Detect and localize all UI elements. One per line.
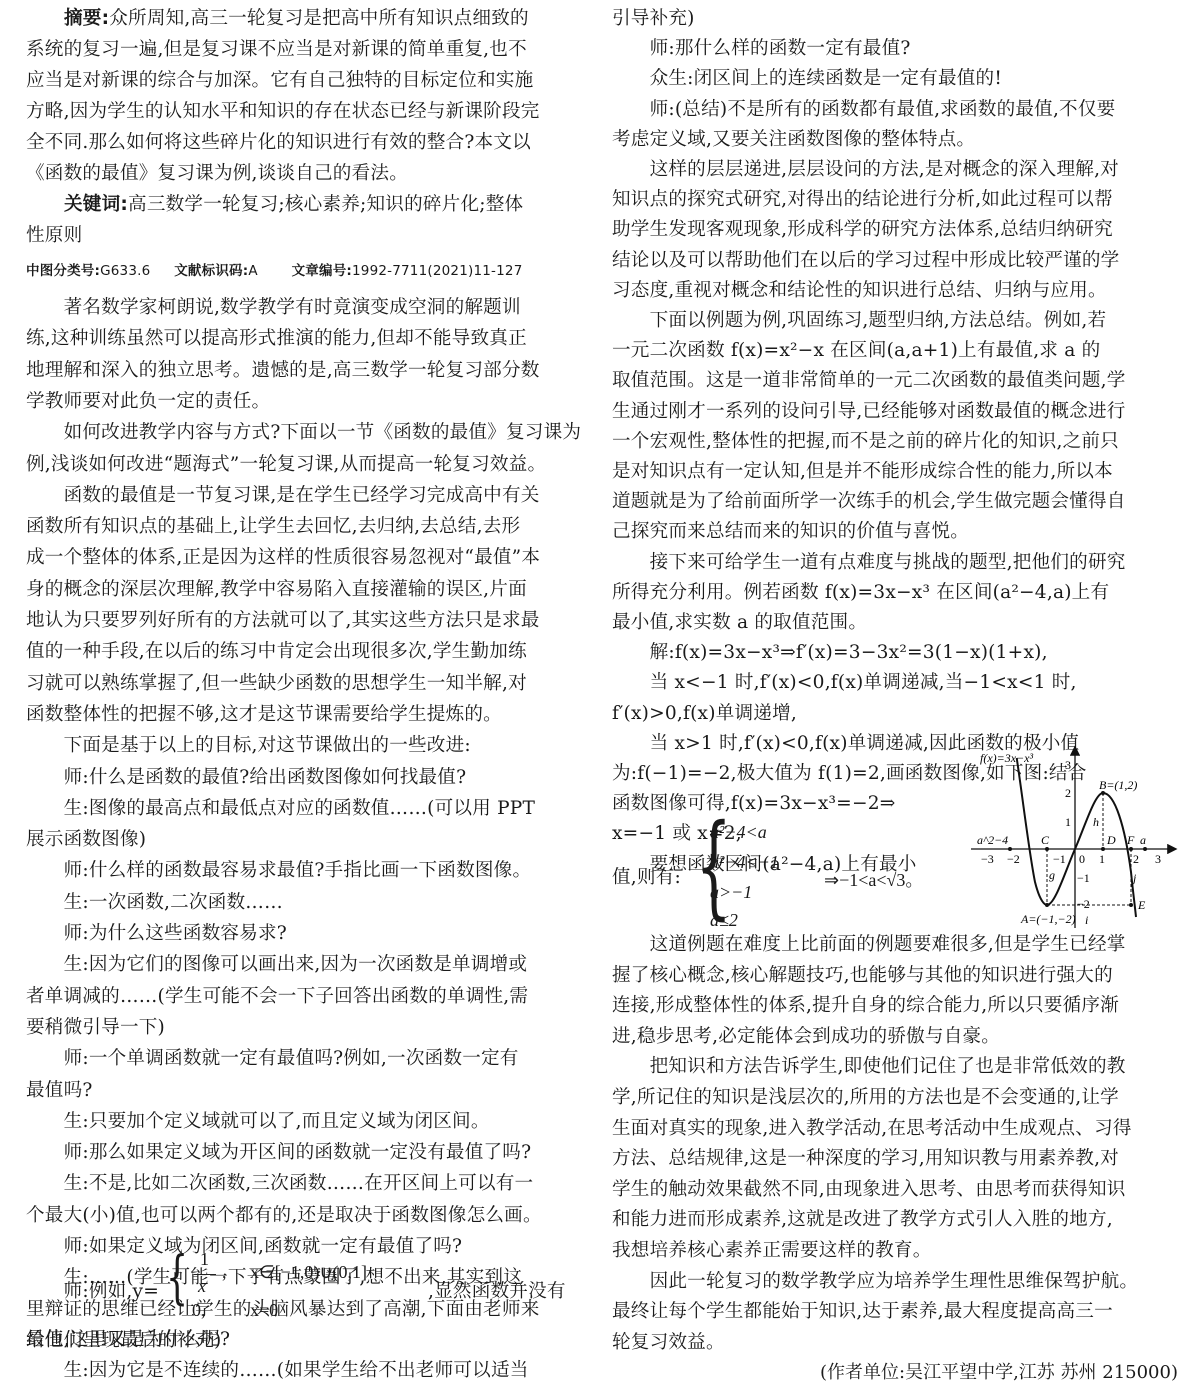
paragraph-line: 师:一个单调函数就一定有最值吗?例如,一次函数一定有 — [26, 1044, 519, 1074]
svg-text:E: E — [1137, 898, 1146, 912]
svg-text:−1: −1 — [1053, 852, 1066, 866]
paragraph-line: 生通过刚才一系列的设问引导,已经能够对函数最值的概念进行 — [612, 397, 1126, 427]
abstract-line: 系统的复习一遍,但是复习课不应当是对新课的简单重复,也不 — [26, 35, 527, 65]
abstract-line: 《函数的最值》复习课为例,谈谈自己的看法。 — [26, 159, 408, 189]
svg-text:3: 3 — [1065, 758, 1071, 772]
svg-text:1: 1 — [1099, 852, 1105, 866]
svg-text:A=(−1,−2): A=(−1,−2) — [1020, 912, 1076, 926]
paragraph-line: 接下来可给学生一道有点难度与挑战的题型,把他们的研究 — [612, 548, 1126, 578]
svg-text:−3: −3 — [981, 852, 994, 866]
paragraph-line: 生:图像的最高点和最低点对应的函数值……(可以用 PPT — [26, 794, 535, 824]
svg-text:h: h — [1093, 815, 1099, 829]
svg-text:a: a — [1140, 833, 1146, 847]
paragraph-line: 地理解和深入的独立思考。遗憾的是,高三数学一轮复习部分数 — [26, 356, 540, 386]
paragraph-line: 练,这种训练虽然可以提高形式推演的能力,但却不能导致真正 — [26, 324, 527, 354]
paragraph-line: 这道例题在难度上比前面的例题要难很多,但是学生已经掌 — [612, 930, 1126, 960]
svg-text:i: i — [1085, 913, 1088, 927]
paragraph-line: 和能力进而形成素养,这就是改进了教学方式引人入胜的地方, — [612, 1205, 1113, 1235]
paragraph-line: 者单调减的……(学生可能不会一下子回答出函数的单调性,需 — [26, 982, 528, 1012]
author-affiliation: (作者单位:吴江平望中学,江苏 苏州 215000) — [820, 1358, 1178, 1384]
svg-text:2: 2 — [1133, 852, 1139, 866]
abstract-label: 摘要: — [64, 8, 109, 29]
paragraph-line: 习态度,重视对概念和结论性的知识进行总结、归纳与应用。 — [612, 276, 1107, 306]
paragraph-line: 取值范围。这是一道非常简单的一元二次函数的最值类问题,学 — [612, 366, 1126, 396]
paragraph-line: 进,稳步思考,必定能体会到成功的骄傲与自豪。 — [612, 1022, 1000, 1052]
paragraph-line: 最小值,求实数 a 的取值范围。 — [612, 608, 867, 638]
function-label: f(x)=3x−x³ — [980, 751, 1034, 765]
paragraph-line: 师:什么样的函数最容易求最值?手指比画一下函数图像。 — [26, 856, 531, 886]
svg-text:C: C — [1041, 833, 1050, 847]
svg-text:2: 2 — [1065, 786, 1071, 800]
abstract-line-1: 摘要:众所周知,高三一轮复习是把高中所有知识点细致的 — [26, 4, 529, 34]
svg-text:B=(1,2): B=(1,2) — [1099, 778, 1137, 792]
svg-text:F: F — [1126, 833, 1135, 847]
paragraph-line: 当 x<−1 时,f′(x)<0,f(x)单调递减,当−1<x<1 时, — [612, 668, 1077, 698]
paragraph-line: 这样的层层递进,层层设问的方法,是对概念的深入理解,对 — [612, 155, 1119, 185]
paragraph-line: 一个宏观性,整体性的把握,而不是之前的碎片化的知识,之前只 — [612, 427, 1119, 457]
paragraph-line: 个最大(小)值,也可以两个都有的,还是取决于函数图像怎么画。 — [26, 1201, 542, 1231]
paragraph-line: f′(x)>0,f(x)单调递增, — [612, 699, 797, 729]
paragraph-line: 解:f(x)=3x−x³⇒f′(x)=3−3x²=3(1−x)(1+x), — [612, 638, 1048, 668]
svg-text:0: 0 — [1079, 852, 1085, 866]
paragraph-line: 值的一种手段,在以后的练习中肯定会出现很多次,学生勤加练 — [26, 637, 527, 667]
paragraph-line: 下面是基于以上的目标,对这节课做出的一些改进: — [26, 731, 471, 761]
paragraph-line: 结论以及可以帮助他们在以后的学习过程中形成比较严谨的学 — [612, 246, 1119, 276]
paragraph-line: 身的概念的深层次理解,教学中容易陷入直接灌输的误区,片面 — [26, 575, 527, 605]
paragraph-line: 轮复习效益。 — [612, 1328, 725, 1358]
article-meta: 中图分类号:G633.6 文献标识码:A 文章编号:1992-7711(2021… — [26, 256, 523, 286]
paragraph-line: 学生的触动效果截然不同,由现象进入思考、由思考而获得知识 — [612, 1175, 1126, 1205]
paragraph-line: 成一个整体的体系,正是因为这样的性质很容易忽视对“最值”本 — [26, 543, 540, 573]
paragraph-line: 师:(总结)不是所有的函数都有最值,求函数的最值,不仅要 — [612, 95, 1115, 125]
paragraph-line: 如何改进教学内容与方式?下面以一节《函数的最值》复习课为 — [26, 418, 581, 448]
svg-text:−1: −1 — [1077, 871, 1090, 885]
paragraph-line: 把知识和方法告诉学生,即使他们记住了也是非常低效的教 — [612, 1052, 1126, 1082]
paragraph-line: 要稍微引导一下) — [26, 1013, 165, 1043]
paragraph-line: 函数图像可得,f(x)=3x−x³=−2⇒ — [612, 789, 896, 819]
paragraph-line: 己探究而来总结而来的知识的价值与喜悦。 — [612, 517, 969, 547]
paragraph-line: 生:一次函数,二次函数…… — [26, 888, 283, 918]
paragraph-line: 地认为只要罗列好所有的方法就可以了,其实这些方法只是求最 — [26, 606, 540, 636]
svg-text:3: 3 — [1155, 852, 1161, 866]
paragraph-line: 最值吗? — [26, 1076, 93, 1106]
paragraph-line: 师:那么如果定义域为开区间的函数就一定没有最值了吗? — [26, 1138, 531, 1168]
paragraph-line: 生面对真实的现象,进入教学活动,在思考活动中生成观点、习得 — [612, 1114, 1132, 1144]
paragraph-line: 知识点的探究式研究,对得出的结论进行分析,如此过程可以帮 — [612, 185, 1113, 215]
paragraph-line: 生:不是,比如二次函数,三次函数……在开区间上可以有一 — [26, 1169, 533, 1199]
keywords-line-2: 性原则 — [26, 221, 82, 251]
paragraph-line: 师:那什么样的函数一定有最值? — [612, 34, 911, 64]
paragraph-line: 学教师要对此负一定的责任。 — [26, 387, 270, 417]
paragraph-line: 生:因为它们的图像可以画出来,因为一次函数是单调增或 — [26, 950, 527, 980]
svg-text:D: D — [1106, 833, 1116, 847]
svg-text:g: g — [1049, 868, 1055, 882]
paragraph-line: 函数所有知识点的基础上,让学生去回忆,去归纳,去总结,去形 — [26, 512, 520, 542]
abstract-line: 全不同.那么如何将这些碎片化的知识进行有效的整合?本文以 — [26, 128, 531, 158]
svg-text:1: 1 — [1065, 815, 1071, 829]
paragraph-line: 师:什么是函数的最值?给出函数图像如何找最值? — [26, 763, 466, 793]
paragraph-line: 展示函数图像) — [26, 825, 146, 855]
paragraph-line: 一元二次函数 f(x)=x²−x 在区间(a,a+1)上有最值,求 a 的 — [612, 336, 1100, 366]
paragraph-line: 道题就是为了给前面所学一次练手的机会,学生做完题会懂得自 — [612, 487, 1126, 517]
paragraph-line: 助学生发现客观现象,形成科学的研究方法体系,总结归纳研究 — [612, 215, 1113, 245]
paragraph-line: 因此一轮复习的数学教学应为培养学生理性思维保驾护航。 — [612, 1267, 1138, 1297]
paragraph-line: 方法、总结规律,这是一种深度的学习,用知识教与用素养教,对 — [612, 1144, 1119, 1174]
keywords-line-1: 关键词:高三数学一轮复习;核心素养;知识的碎片化;整体 — [26, 190, 523, 220]
svg-text:−2: −2 — [1077, 897, 1090, 911]
svg-text:a^2−4: a^2−4 — [977, 833, 1008, 847]
paragraph-line: 连接,形成整体性的体系,提升自身的综合能力,所以只要循序渐 — [612, 991, 1119, 1021]
paragraph-line: 考虑定义域,又要关注函数图像的整体特点。 — [612, 125, 975, 155]
paragraph-line: 函数整体性的把握不够,这才是这节课需要给学生提炼的。 — [26, 700, 502, 730]
paragraph-line: 著名数学家柯朗说,数学教学有时竟演变成空洞的解题训 — [26, 293, 521, 323]
paragraph-line: 是对知识点有一定认知,但是并不能形成综合性的能力,所以本 — [612, 457, 1113, 487]
paragraph-line: 我想培养核心素养正需要这样的教育。 — [612, 1236, 932, 1266]
paragraph-line: 习就可以熟练掌握了,但一些缺少函数的思想学生一知半解,对 — [26, 669, 527, 699]
paragraph-line: 生:只要加个定义域就可以了,而且定义域为闭区间。 — [26, 1107, 490, 1137]
paragraph-line: 最终让每个学生都能始于知识,达于素养,最大程度提高高三一 — [612, 1297, 1113, 1327]
paragraph-line: 众生:闭区间上的连续函数是一定有最值的! — [612, 64, 1002, 94]
paragraph-line: 学,所记住的知识是浅层次的,所用的方法也是不会变通的,让学 — [612, 1083, 1119, 1113]
cubic-function-graph: f(x)=3x−x³ B=(1,2) A=(−1,−2) C D F a a^2… — [965, 742, 1180, 930]
paragraph-line: 所得充分利用。例若函数 f(x)=3x−x³ 在区间(a²−4,a)上有 — [612, 578, 1109, 608]
paragraph-line: 例,浅谈如何改进“题海式”一轮复习课,从而提高一轮复习效益。 — [26, 450, 546, 480]
paragraph-line: 引导补充) — [612, 4, 695, 34]
abstract-line: 方略,因为学生的认知水平和知识的存在状态已经与新课阶段完 — [26, 97, 540, 127]
keywords-label: 关键词: — [64, 194, 128, 215]
paragraph-line: 函数的最值是一节复习课,是在学生已经学习完成高中有关 — [26, 481, 540, 511]
paragraph-line: 师:如果定义域为闭区间,函数就一定有最值了吗? — [26, 1232, 462, 1262]
paragraph-line: 师:为什么这些函数容易求? — [26, 919, 287, 949]
svg-text:−2: −2 — [1007, 852, 1020, 866]
paragraph-line: 握了核心概念,核心解题技巧,也能够与其他的知识进行强大的 — [612, 961, 1113, 991]
abstract-line: 应当是对新课的综合与加深。它有自己独特的目标定位和实施 — [26, 66, 533, 96]
paragraph-line: 下面以例题为例,巩固练习,题型归纳,方法总结。例如,若 — [612, 306, 1106, 336]
